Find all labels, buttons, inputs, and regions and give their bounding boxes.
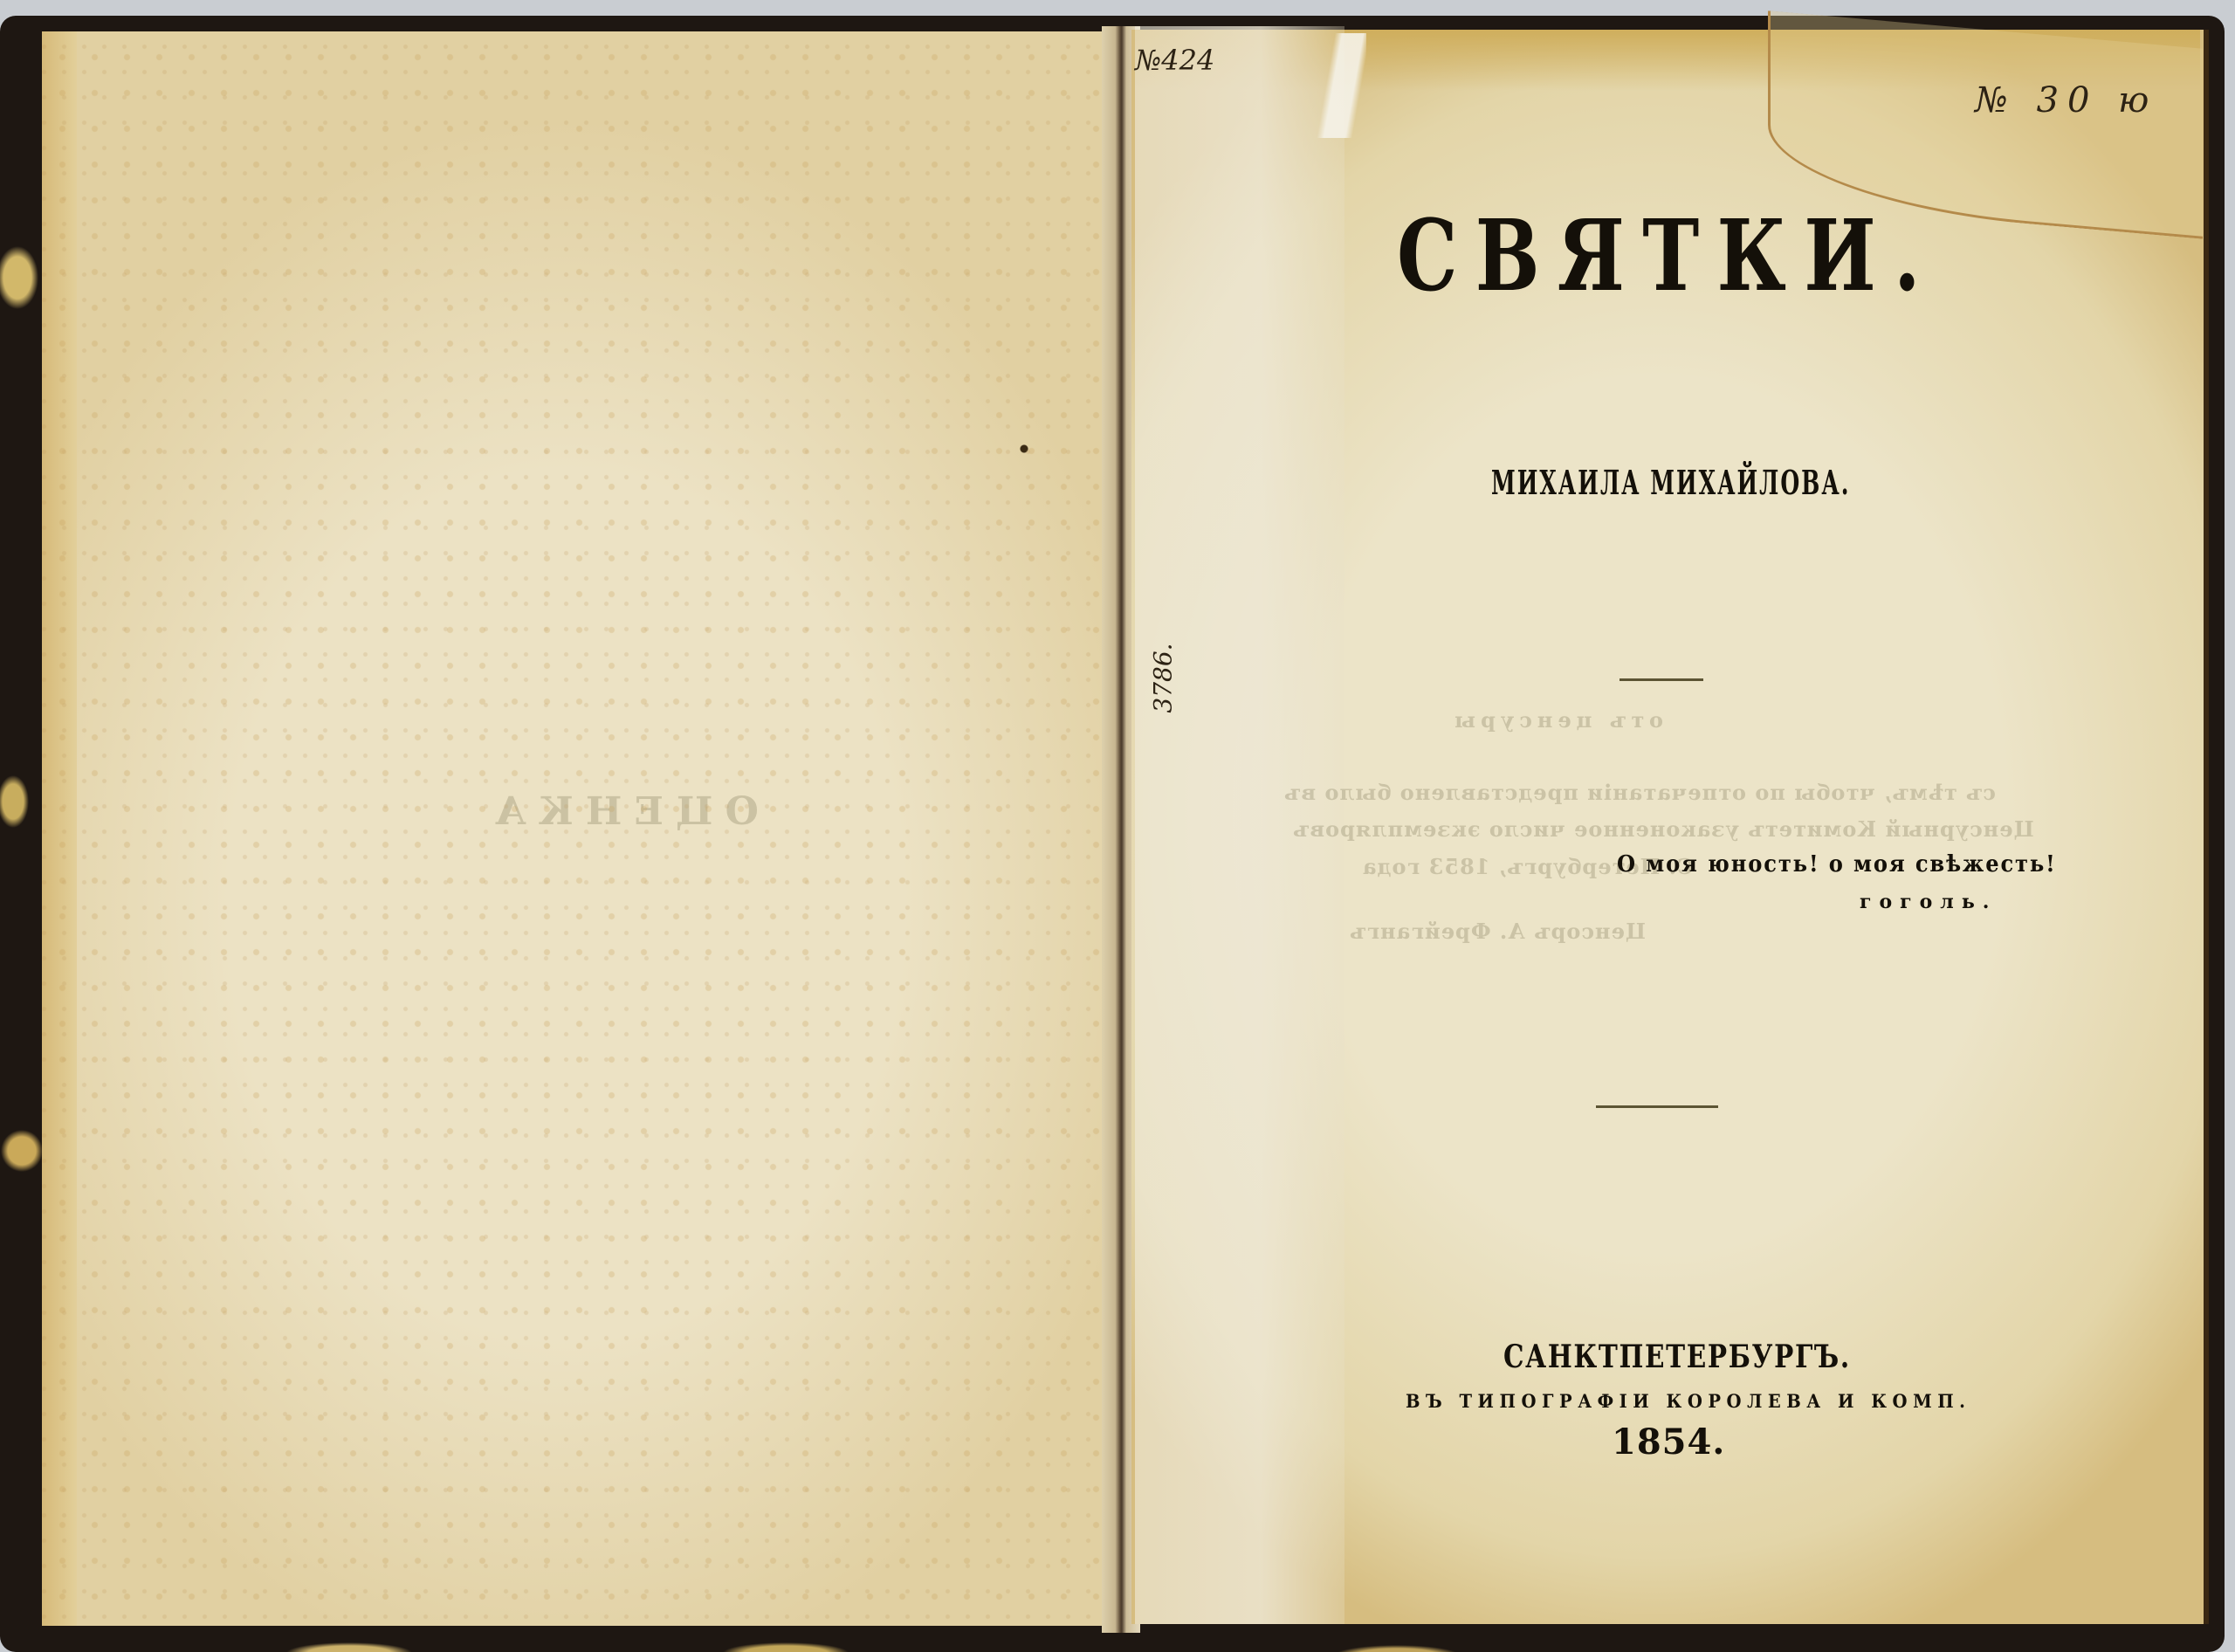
left-page-blank: ОЦЕНКА [42, 31, 1116, 1626]
show-through-line-1: отъ ценсуры [1449, 707, 1663, 733]
show-through-line-3: Ценсурный Комитетъ узаконенное число экз… [1292, 816, 2034, 842]
book-title: СВЯТКИ. [1397, 199, 1938, 313]
publication-city: САНКТПЕТЕРБУРГЪ. [1503, 1339, 1851, 1375]
epigraph-attribution: гоголь. [1860, 891, 1997, 913]
handwritten-shelf-mark: № 30 ю [1975, 80, 2157, 120]
epigraph-quote: О моя юность! о моя свѣжесть! [1617, 851, 2057, 878]
show-through-line-2: съ тѣмъ, чтобы по отпечатаніи представле… [1283, 780, 1996, 805]
handwritten-top-number: №424 [1135, 44, 1214, 77]
handwritten-spine-number: 3786. [1149, 643, 1178, 712]
left-page-show-through-text: ОЦЕНКА [483, 789, 759, 834]
printer-imprint: ВЪ ТИПОГРАФІИ КОРОЛЕВА И КОМП. [1406, 1390, 1970, 1412]
tape-fold [1314, 33, 1366, 138]
publication-year: 1854. [1612, 1421, 1725, 1463]
divider-rule-bottom [1596, 1105, 1718, 1108]
show-through-line-5: Ценсоръ А. Фрейгангъ [1349, 919, 1646, 944]
divider-rule-top [1620, 678, 1703, 681]
book-author: МИХАИЛА МИХАЙЛОВА. [1491, 463, 1850, 502]
